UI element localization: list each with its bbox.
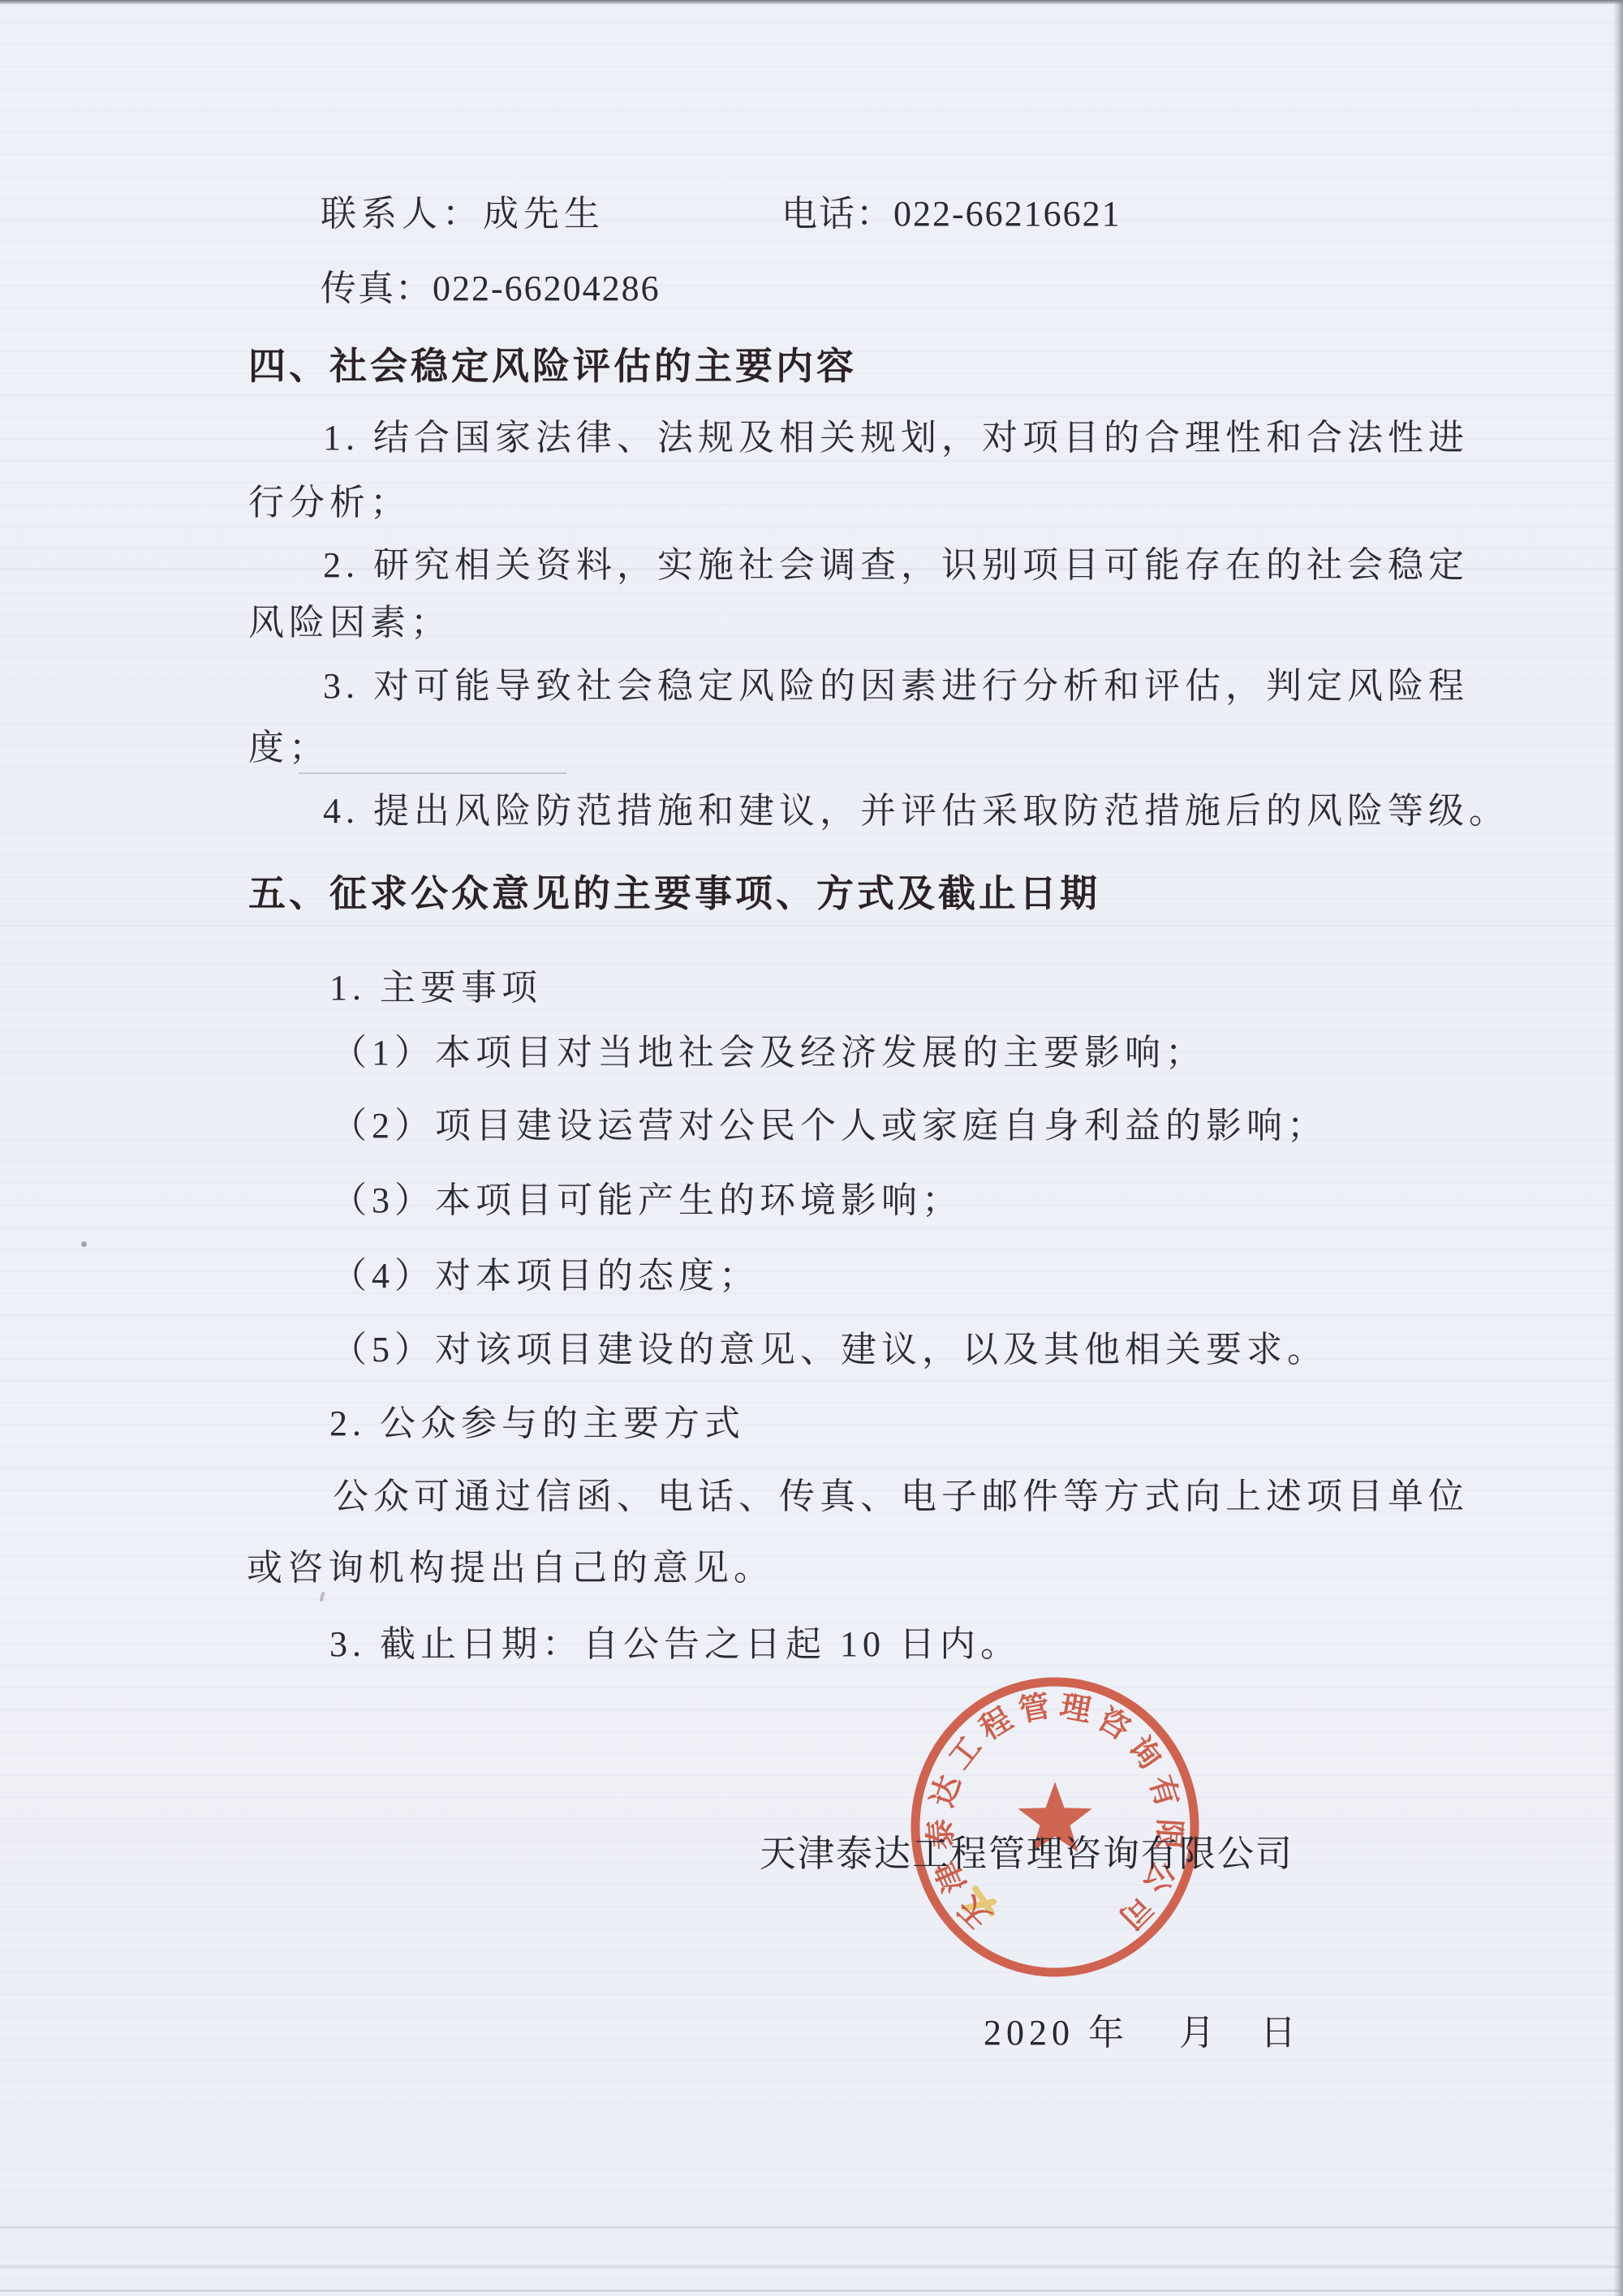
company-name: 天津泰达工程管理咨询有限公司: [760, 1832, 1294, 1876]
section-four-line-4: 风险因素；: [248, 602, 451, 645]
section-four-line-6: 度；: [248, 727, 329, 770]
scan-edge-right: [1613, 0, 1623, 2296]
section-four-line-1: 1. 结合国家法律、法规及相关规划，对项目的合理性和合法性进: [323, 417, 1469, 460]
section-five-subitem-3: （3）本项目可能产生的环境影响；: [331, 1180, 962, 1223]
seal-ring-char: 有: [1143, 1772, 1184, 1812]
section-four-line-3: 2. 研究相关资料，实施社会调查，识别项目可能存在的社会稳定: [323, 544, 1469, 587]
date-day: 日: [1260, 2012, 1301, 2055]
section-four-line-2: 行分析；: [248, 482, 411, 525]
scan-edge-top: [0, 0, 1623, 5]
seal-ring-char: 理: [1057, 1689, 1094, 1728]
date-year: 2020 年: [984, 2012, 1129, 2055]
contact-person-line: 联系人：成先生: [321, 193, 605, 236]
contact-phone-line: 电话：022-66216621: [781, 193, 1121, 236]
section-five-item-1: 1. 主要事项: [329, 967, 542, 1010]
scan-streak: [0, 2226, 1623, 2229]
section-five-item-3: 3. 截止日期：自公告之日起 10 日内。: [329, 1623, 1021, 1666]
section-four-heading: 四、社会稳定风险评估的主要内容: [248, 344, 857, 389]
date-month: 月: [1179, 2012, 1220, 2055]
contact-fax-line: 传真：022-66204286: [321, 268, 661, 311]
section-five-subitem-2: （2）项目建设运营对公民个人或家庭自身利益的影响；: [331, 1105, 1328, 1148]
scan-streak: [0, 2265, 1623, 2268]
faint-rule-artifact: [299, 772, 566, 774]
scan-streak: [0, 925, 1623, 927]
section-five-subitem-4: （4）对本项目的态度；: [331, 1255, 760, 1298]
seal-ring-char: 达: [926, 1772, 967, 1812]
section-five-item-2-line-2: 或咨询机构提出自己的意见。: [247, 1547, 774, 1590]
scan-speck: [320, 1592, 325, 1602]
scanned-document-page: 天津泰达工程管理咨询有限公司 联系人：成先生 电话：022-66216621 传…: [0, 0, 1623, 2296]
section-five-subitem-1: （1）本项目对当地社会及经济发展的主要影响；: [331, 1032, 1206, 1075]
section-five-heading: 五、征求公众意见的主要事项、方式及截止日期: [248, 871, 1100, 916]
section-four-line-5: 3. 对可能导致社会稳定风险的因素进行分析和评估，判定风险程: [323, 665, 1469, 708]
company-seal: 天津泰达工程管理咨询有限公司: [901, 1665, 1209, 1989]
scan-speck: [81, 1241, 87, 1247]
scan-streak: [0, 2290, 1623, 2292]
section-five-item-2: 2. 公众参与的主要方式: [329, 1403, 745, 1446]
section-five-subitem-5: （5）对该项目建设的意见、建议，以及其他相关要求。: [331, 1329, 1328, 1372]
section-four-line-7: 4. 提出风险防范措施和建议，并评估采取防范措施后的风险等级。: [323, 790, 1509, 833]
seal-ring-char: 管: [1016, 1689, 1053, 1728]
section-five-item-2-line-1: 公众可通过信函、电话、传真、电子邮件等方式向上述项目单位: [333, 1476, 1469, 1519]
